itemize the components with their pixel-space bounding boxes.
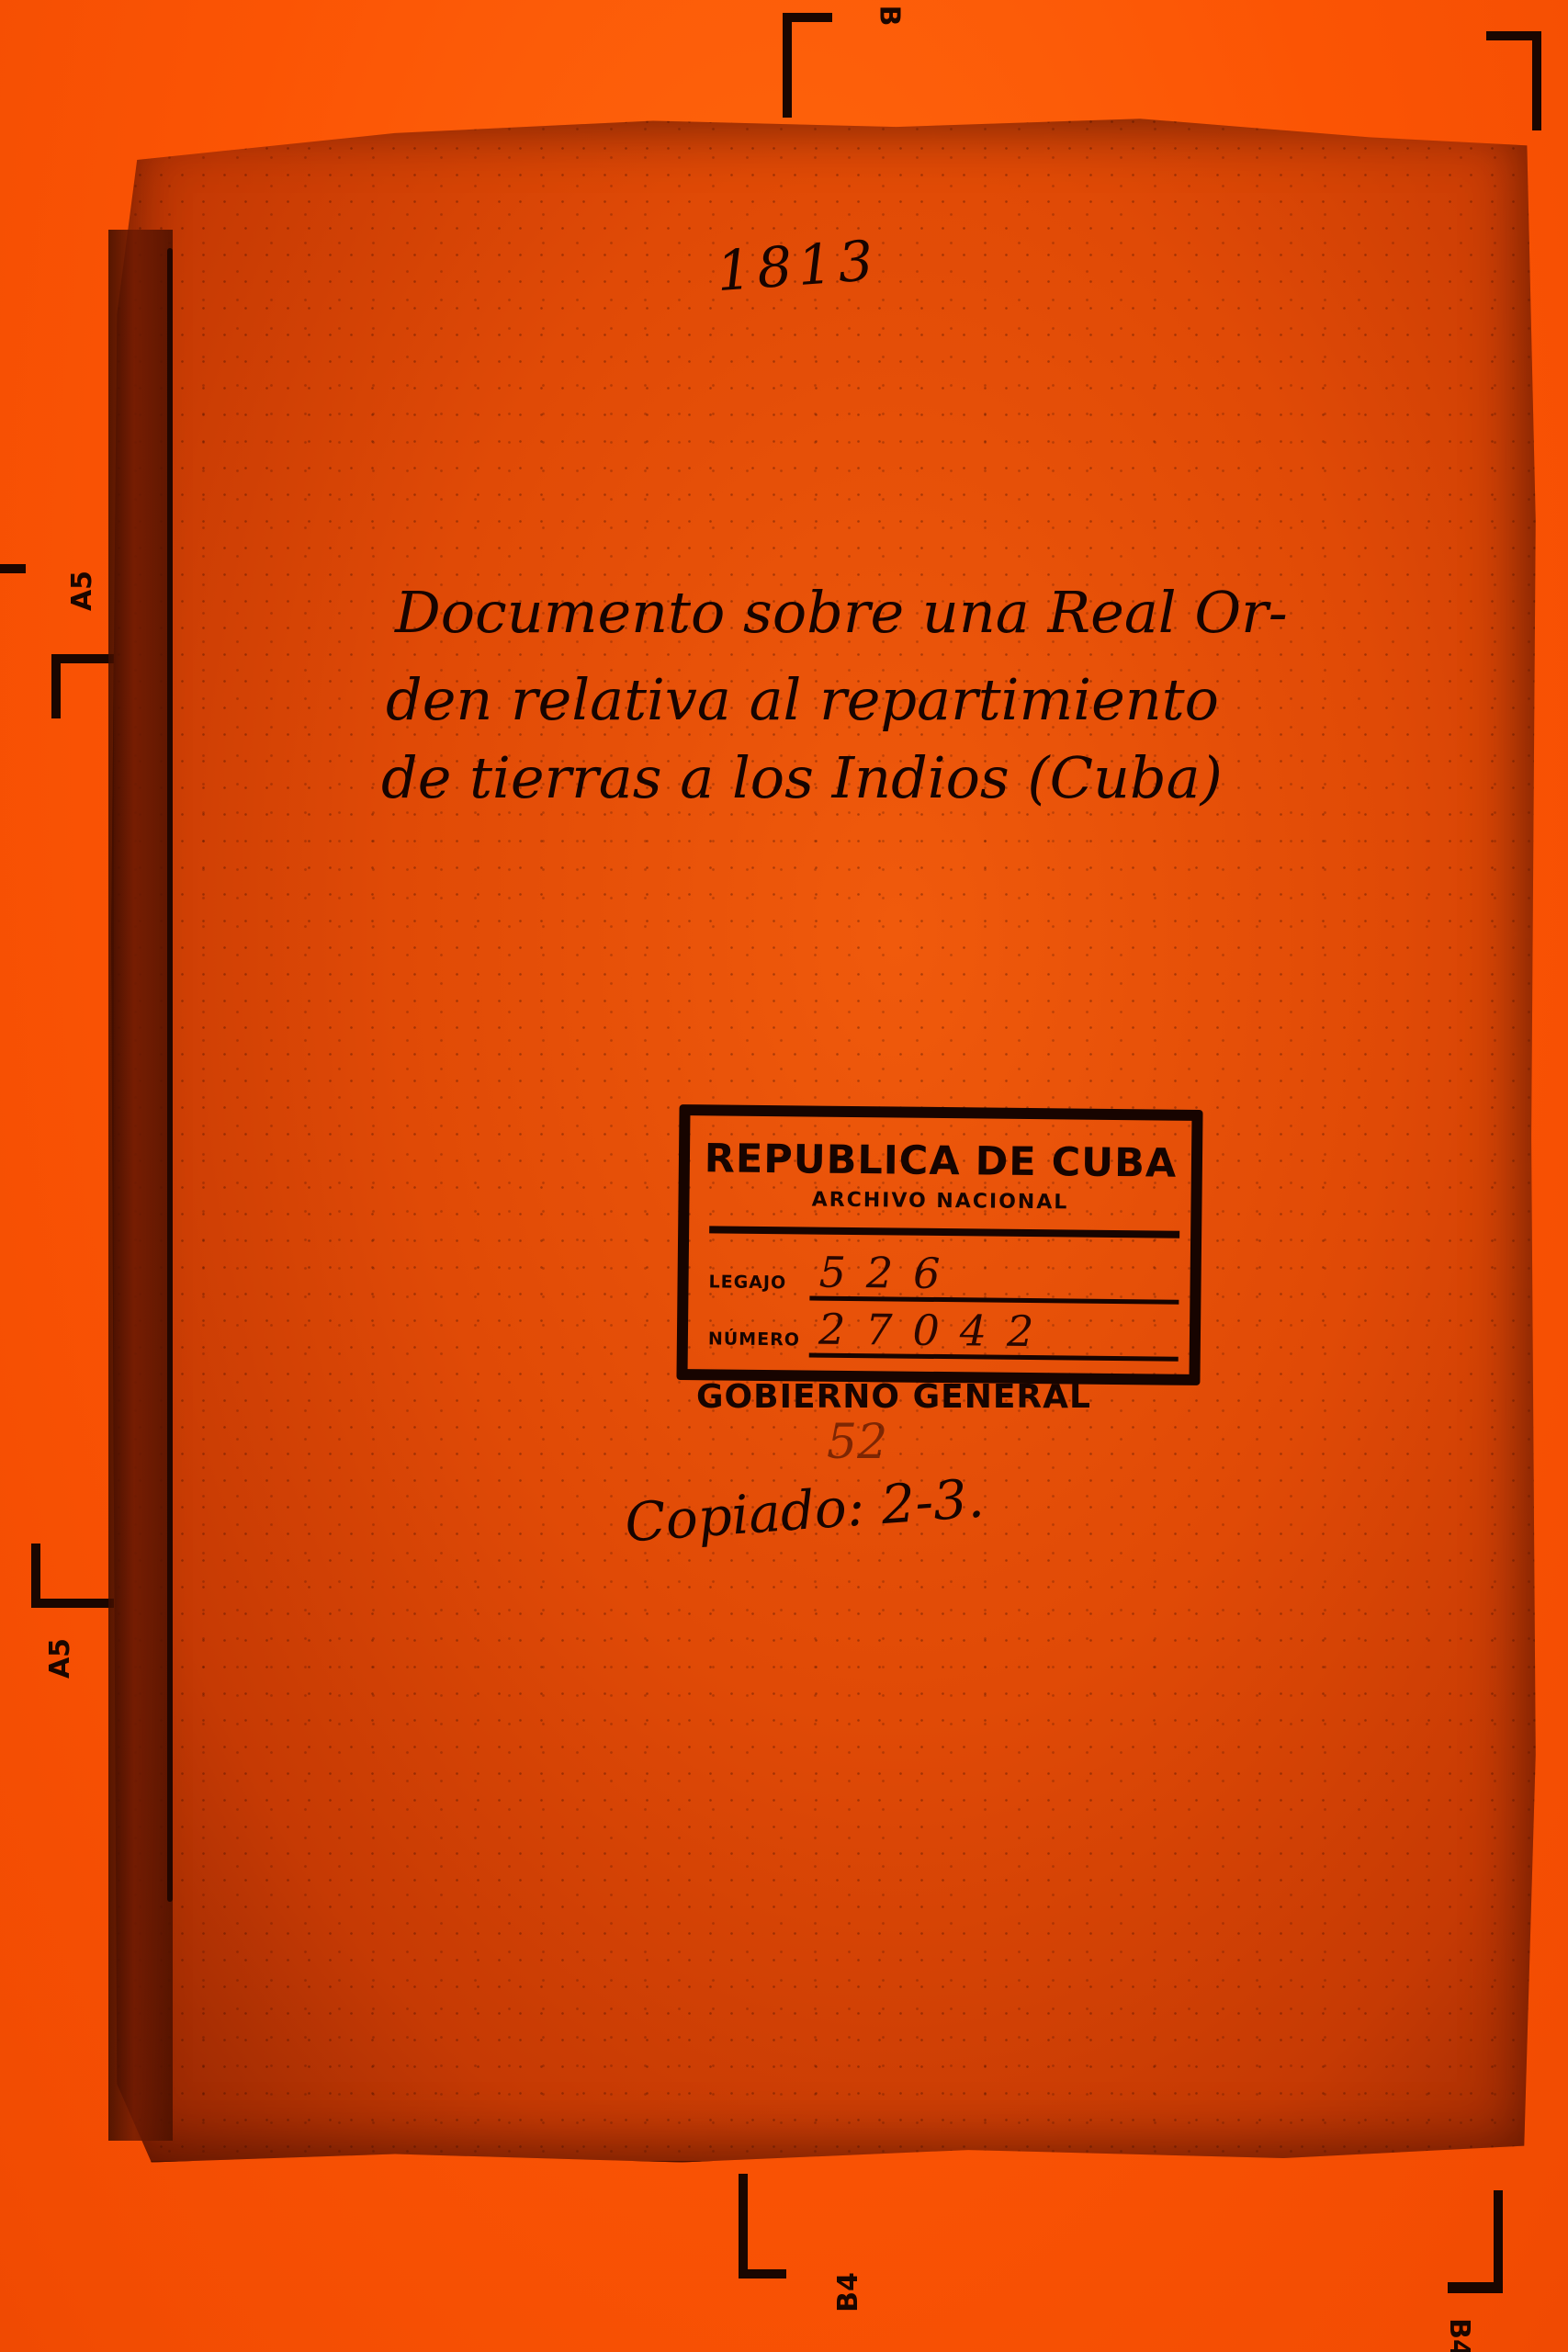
stamp-subheading: ARCHIVO NACIONAL (689, 1187, 1190, 1216)
document-title-line-1: Documento sobre una Real Or- (395, 579, 1288, 646)
stamp-heading: REPUBLICA DE CUBA (690, 1136, 1191, 1187)
crop-mark-top-left (783, 13, 832, 118)
binding-cord (167, 248, 173, 1902)
numero-underline (809, 1353, 1179, 1362)
frame-label-top: B (874, 6, 902, 27)
document-year: 1813 (715, 229, 881, 304)
archive-stamp: REPUBLICA DE CUBA ARCHIVO NACIONAL LEGAJ… (676, 1104, 1202, 1385)
numero-label: NÚMERO (708, 1329, 800, 1350)
legajo-label: LEGAJO (708, 1272, 786, 1293)
frame-label-bottom-right: B4 (1445, 2318, 1472, 2352)
legajo-value: 526 (818, 1248, 960, 1299)
stamp-divider (709, 1226, 1179, 1238)
scan-viewport: B A5 A5 B4 B4 1813 Documento sobre una R… (0, 0, 1568, 2352)
frame-label-bottom-left: B4 (835, 2272, 863, 2312)
stamp-footer: GOBIERNO GENERAL (696, 1378, 1091, 1416)
faint-annotation: 52 (827, 1415, 887, 1470)
crop-mark-top-right (1486, 31, 1541, 130)
crop-mark-bottom-left (739, 2174, 786, 2278)
document-title-line-3: de tierras a los Indios (Cuba) (381, 744, 1223, 811)
folder-spine (108, 230, 173, 2141)
stamp-legajo-row: LEGAJO 526 (708, 1244, 1179, 1304)
numero-value: 27042 (818, 1305, 1055, 1357)
crop-mark-left-upper-tick (0, 564, 26, 573)
stamp-numero-row: NÚMERO 27042 (708, 1301, 1179, 1361)
document-title-line-2: den relativa al repartimiento (386, 666, 1219, 733)
frame-label-left-upper: A5 (69, 571, 96, 611)
frame-label-left-lower: A5 (47, 1638, 74, 1679)
crop-mark-bottom-right (1448, 2190, 1503, 2293)
crop-mark-left-lower (31, 1543, 114, 1608)
